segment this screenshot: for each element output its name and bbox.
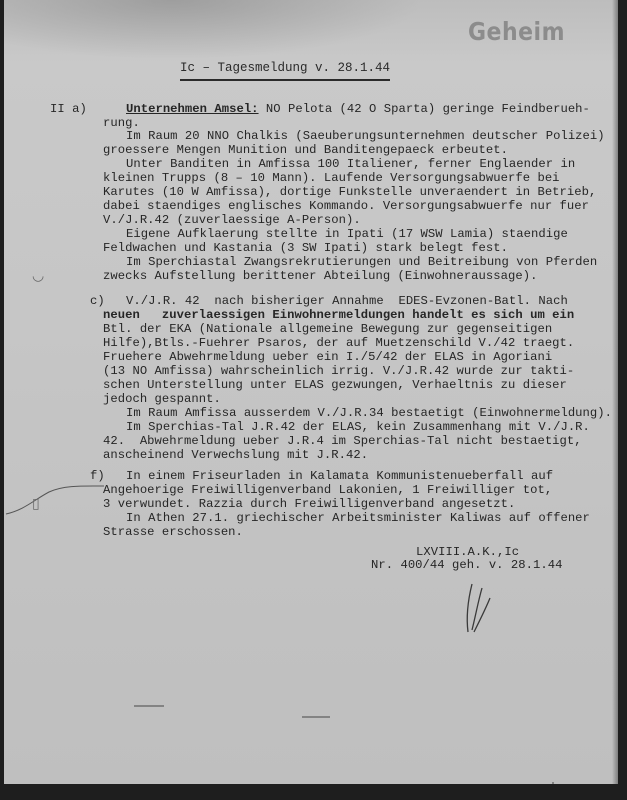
section-c-line-6: schen Unterstellung unter ELAS gezwungen… (103, 378, 567, 392)
section-a-heading-line: Unternehmen Amsel: NO Pelota (42 O Spart… (126, 102, 590, 116)
section-f-line-1: Angehoerige Freiwilligenverband Lakonien… (103, 483, 552, 497)
section-c-line-9: Im Sperchias-Tal J.R.42 der ELAS, kein Z… (126, 420, 590, 434)
section-c-line-1: neuen zuverlaessigen Einwohnermeldungen … (103, 308, 574, 322)
section-a-line-6: Karutes (10 W Amfissa), dortige Funkstel… (103, 185, 596, 199)
document-page: Geheim Ic – Tagesmeldung v. 28.1.44 II a… (4, 0, 618, 784)
footer-unit: LXVIII.A.K.,Ic (416, 545, 519, 559)
section-a-line-3: groessere Mengen Munition und Banditenge… (103, 143, 508, 157)
section-c-line-10: 42. Abwehrmeldung ueber J.R.4 im Sperchi… (103, 434, 582, 448)
section-f-line-4: Strasse erschossen. (103, 525, 243, 539)
section-c-line-11: anscheinend Verwechslung mit J.R.42. (103, 448, 368, 462)
section-a-line-12: zwecks Aufstellung berittener Abteilung … (103, 269, 537, 283)
section-c-line-0: V./J.R. 42 nach bisheriger Annahme EDES-… (126, 294, 568, 308)
section-a-line-1: rung. (103, 116, 140, 130)
signature (460, 580, 500, 640)
scratch-mark (134, 705, 164, 707)
section-a-line-9: Eigene Aufklaerung stellte in Ipati (17 … (126, 227, 568, 241)
punch-hole-mark: ◡ (32, 268, 44, 284)
section-f-line-3: In Athen 27.1. griechischer Arbeitsminis… (126, 511, 590, 525)
secret-stamp: Geheim (468, 18, 565, 47)
section-a-line-0: NO Pelota (42 O Sparta) geringe Feindber… (259, 102, 590, 116)
section-c-line-7: jedoch gespannt. (103, 392, 221, 406)
section-a-line-2: Im Raum 20 NNO Chalkis (Saeuberungsunter… (126, 129, 605, 143)
section-f-line-0: In einem Friseurladen in Kalamata Kommun… (126, 469, 553, 483)
punch-hole-mark: ▯ (32, 496, 40, 512)
section-c-label: c) (90, 294, 105, 308)
section-a-line-5: kleinen Trupps (8 – 10 Mann). Laufende V… (103, 171, 560, 185)
scratch-mark (302, 716, 330, 718)
section-c-line-3: Hilfe),Btls.-Fuehrer Psaros, der auf Mue… (103, 336, 574, 350)
section-a-heading: Unternehmen Amsel: (126, 102, 259, 116)
pencil-stroke (4, 480, 114, 520)
section-a-line-11: Im Sperchiastal Zwangsrekrutierungen und… (126, 255, 597, 269)
section-f-line-2: 3 verwundet. Razzia durch Freiwilligenve… (103, 497, 515, 511)
section-c-line-8: Im Raum Amfissa ausserdem V./J.R.34 best… (126, 406, 612, 420)
section-a-label: II a) (50, 102, 87, 116)
document-title: Ic – Tagesmeldung v. 28.1.44 (180, 61, 390, 81)
section-c-line-2: Btl. der EKA (Nationale allgemeine Beweg… (103, 322, 552, 336)
section-a-line-7: dabei staendiges englisches Kommando. Ve… (103, 199, 589, 213)
footer-reference: Nr. 400/44 geh. v. 28.1.44 (371, 558, 562, 572)
section-a-line-4: Unter Banditen in Amfissa 100 Italiener,… (126, 157, 575, 171)
scratch-mark (552, 782, 554, 784)
section-c-line-5: (13 NO Amfissa) wahrscheinlich irrig. V.… (103, 364, 574, 378)
section-a-line-8: V./J.R.42 (zuverlaessige A-Person). (103, 213, 361, 227)
section-a-line-10: Feldwachen und Kastania (3 SW Ipati) sta… (103, 241, 508, 255)
section-c-line-4: Fruehere Abwehrmeldung ueber ein I./5/42… (103, 350, 552, 364)
